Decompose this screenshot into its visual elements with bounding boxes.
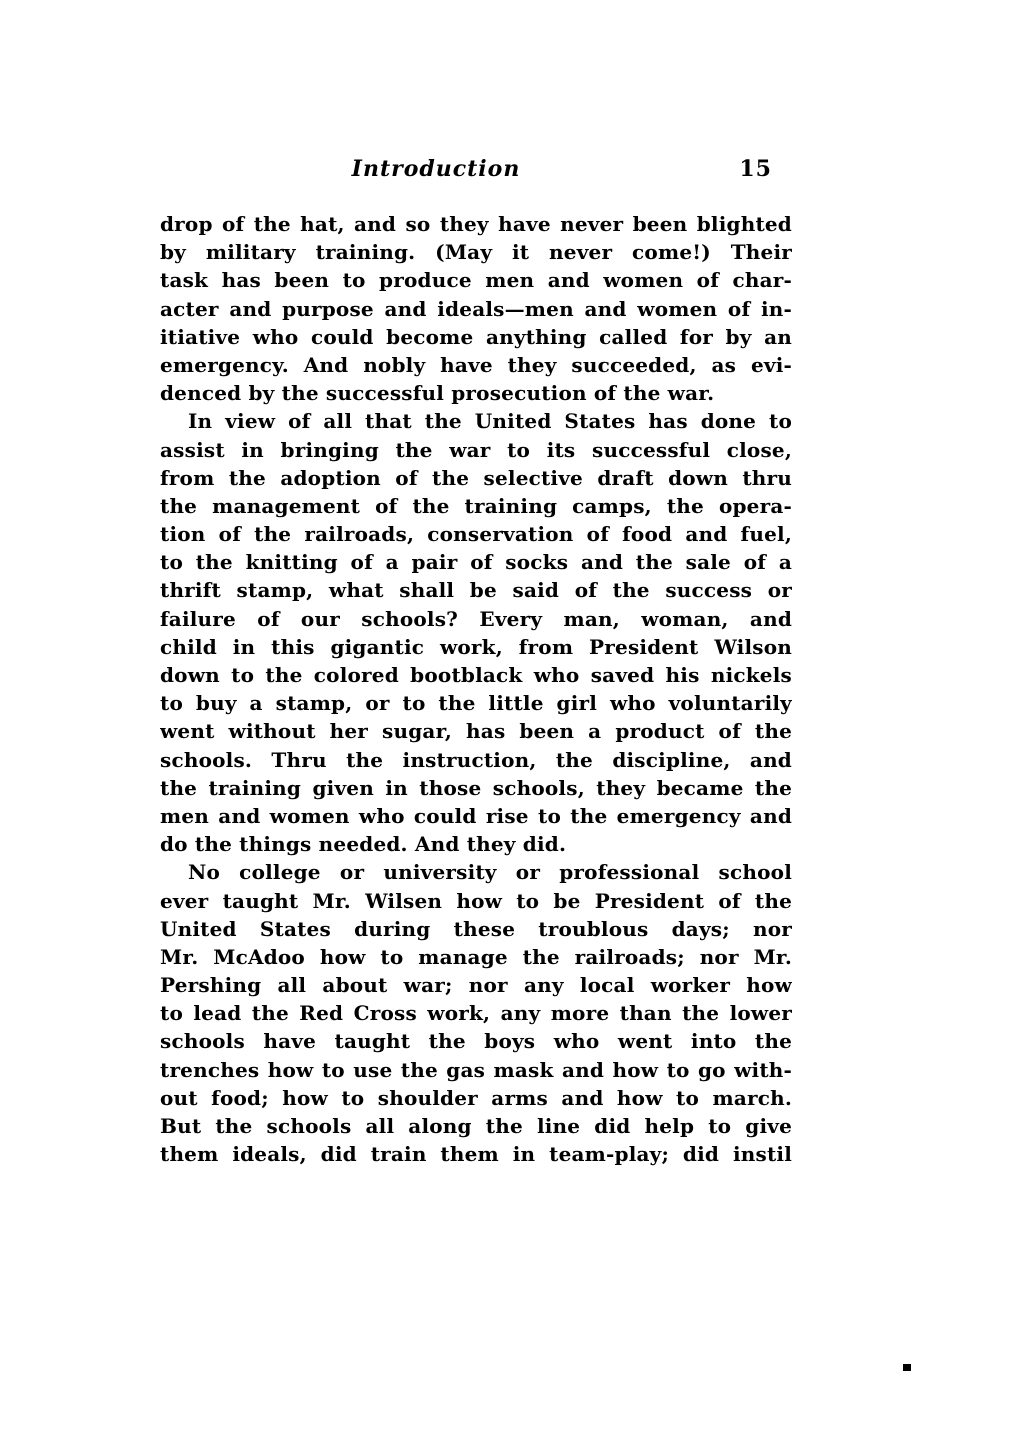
text-line: to lead the Red Cross work, any more tha… <box>160 999 792 1027</box>
text-line: No college or university or professional… <box>160 858 792 886</box>
text-line: assist in bringing the war to its succes… <box>160 436 792 464</box>
text-line: ever taught Mr. Wilsen how to be Preside… <box>160 887 792 915</box>
text-line: went without her sugar, has been a produ… <box>160 717 792 745</box>
text-line: thrift stamp, what shall be said of the … <box>160 576 792 604</box>
text-line: denced by the successful prosecution of … <box>160 379 792 407</box>
text-line: down to the colored bootblack who saved … <box>160 661 792 689</box>
text-line: tion of the railroads, conservation of f… <box>160 520 792 548</box>
book-page: Introduction 15 drop of the hat, and so … <box>0 0 1010 1454</box>
text-line: United States during these troublous day… <box>160 915 792 943</box>
page-title: Introduction <box>160 156 712 182</box>
text-line: men and women who could rise to the emer… <box>160 802 792 830</box>
text-line: failure of our schools? Every man, woman… <box>160 605 792 633</box>
text-line: Pershing all about war; nor any local wo… <box>160 971 792 999</box>
body-text: drop of the hat, and so they have never … <box>160 210 792 1168</box>
text-line: drop of the hat, and so they have never … <box>160 210 792 238</box>
text-line: emergency. And nobly have they succeeded… <box>160 351 792 379</box>
text-line: acter and purpose and ideals—men and wom… <box>160 295 792 323</box>
text-line: trenches how to use the gas mask and how… <box>160 1056 792 1084</box>
text-line: But the schools all along the line did h… <box>160 1112 792 1140</box>
text-line: to the knitting of a pair of socks and t… <box>160 548 792 576</box>
running-head: Introduction 15 <box>160 156 772 186</box>
text-line: do the things needed. And they did. <box>160 830 792 858</box>
text-line: from the adoption of the selective draft… <box>160 464 792 492</box>
text-line: schools. Thru the instruction, the disci… <box>160 746 792 774</box>
text-line: task has been to produce men and women o… <box>160 266 792 294</box>
text-line: the management of the training camps, th… <box>160 492 792 520</box>
text-line: Mr. McAdoo how to manage the railroads; … <box>160 943 792 971</box>
text-line: to buy a stamp, or to the little girl wh… <box>160 689 792 717</box>
text-line: In view of all that the United States ha… <box>160 407 792 435</box>
text-line: schools have taught the boys who went in… <box>160 1027 792 1055</box>
ink-speck-artifact <box>903 1364 911 1371</box>
text-line: child in this gigantic work, from Presid… <box>160 633 792 661</box>
text-line: itiative who could become anything calle… <box>160 323 792 351</box>
text-line: them ideals, did train them in team-play… <box>160 1140 792 1168</box>
text-line: by military training. (May it never come… <box>160 238 792 266</box>
text-line: the training given in those schools, the… <box>160 774 792 802</box>
page-number: 15 <box>739 156 772 182</box>
text-line: out food; how to shoulder arms and how t… <box>160 1084 792 1112</box>
